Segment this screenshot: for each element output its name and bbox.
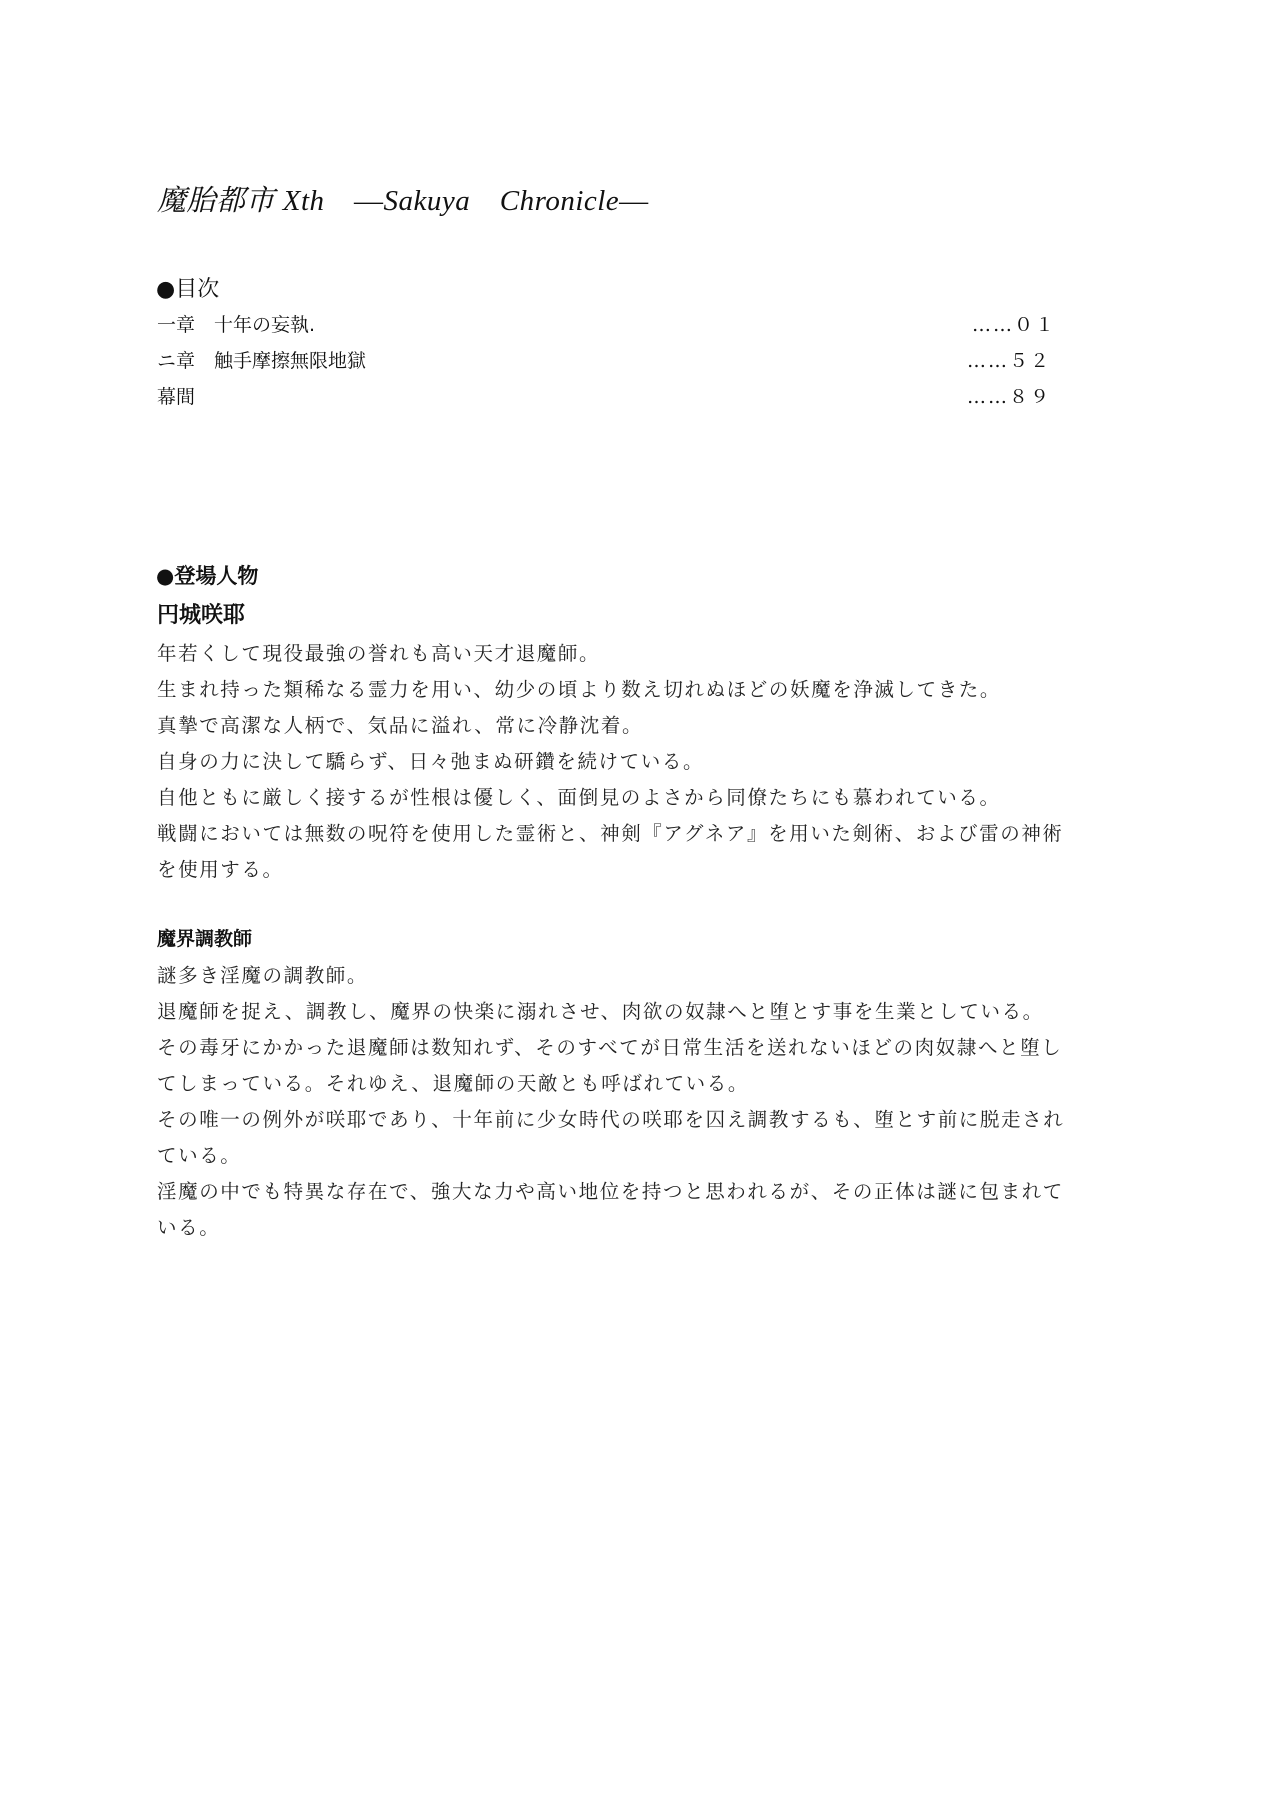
character-description-line: てしまっている。それゆえ、退魔師の天敵とも呼ばれている。 bbox=[157, 1068, 749, 1096]
characters-heading: ●登場人物 bbox=[156, 560, 258, 590]
character-name: 円城咲耶 bbox=[157, 598, 245, 629]
character-description-line: 自身の力に決して驕らず、日々弛まぬ研鑽を続けている。 bbox=[157, 746, 704, 774]
toc-entry: ニ章 触手摩擦無限地獄 ……５２ bbox=[157, 346, 1057, 374]
character-description-line: 生まれ持った類稀なる霊力を用い、幼少の頃より数え切れぬほどの妖魔を浄滅してきた。 bbox=[157, 674, 1001, 702]
character-description-line: その毒牙にかかった退魔師は数知れず、そのすべてが日常生活を送れないほどの肉奴隷へ… bbox=[157, 1032, 1062, 1060]
character-description-line: いる。 bbox=[157, 1212, 220, 1240]
character-description-line: 真摯で高潔な人柄で、気品に溢れ、常に冷静沈着。 bbox=[157, 710, 643, 738]
toc-entry: 幕間 ……８９ bbox=[157, 382, 1057, 410]
toc-heading: ●目次 bbox=[156, 272, 219, 303]
toc-entry-label: 一章 十年の妄執. bbox=[157, 310, 315, 337]
document-page: 魔胎都市 Xth ―Sakuya Chronicle― ●目次 一章 十年の妄執… bbox=[0, 0, 1280, 1807]
toc-entry-page: ……５２ bbox=[967, 346, 1051, 373]
character-name: 魔界調教師 bbox=[157, 924, 252, 951]
toc-entry: 一章 十年の妄執. ……０１ bbox=[157, 310, 1057, 338]
toc-entry-page: ……０１ bbox=[972, 310, 1056, 337]
toc-entry-page: ……８９ bbox=[967, 382, 1051, 409]
character-description-line: 戦闘においては無数の呪符を使用した霊術と、神剣『アグネア』を用いた剣術、および雷… bbox=[157, 818, 1064, 846]
character-description-line: 自他ともに厳しく接するが性根は優しく、面倒見のよさから同僚たちにも慕われている。 bbox=[157, 782, 1001, 810]
document-title: 魔胎都市 Xth ―Sakuya Chronicle― bbox=[157, 178, 649, 219]
character-description-line: 退魔師を捉え、調教し、魔界の快楽に溺れさせ、肉欲の奴隷へと堕とす事を生業としてい… bbox=[157, 996, 1044, 1024]
character-description-line: 謎多き淫魔の調教師。 bbox=[157, 960, 368, 988]
character-description-line: その唯一の例外が咲耶であり、十年前に少女時代の咲耶を囚え調教するも、堕とす前に脱… bbox=[157, 1104, 1064, 1132]
toc-entry-label: ニ章 触手摩擦無限地獄 bbox=[157, 346, 366, 373]
character-description-line: 淫魔の中でも特異な存在で、強大な力や高い地位を持つと思われるが、その正体は謎に包… bbox=[157, 1176, 1064, 1204]
character-description-line: ている。 bbox=[157, 1140, 241, 1168]
character-description-line: を使用する。 bbox=[157, 854, 284, 882]
character-description-line: 年若くして現役最強の誉れも高い天才退魔師。 bbox=[157, 638, 600, 666]
toc-entry-label: 幕間 bbox=[157, 382, 195, 409]
